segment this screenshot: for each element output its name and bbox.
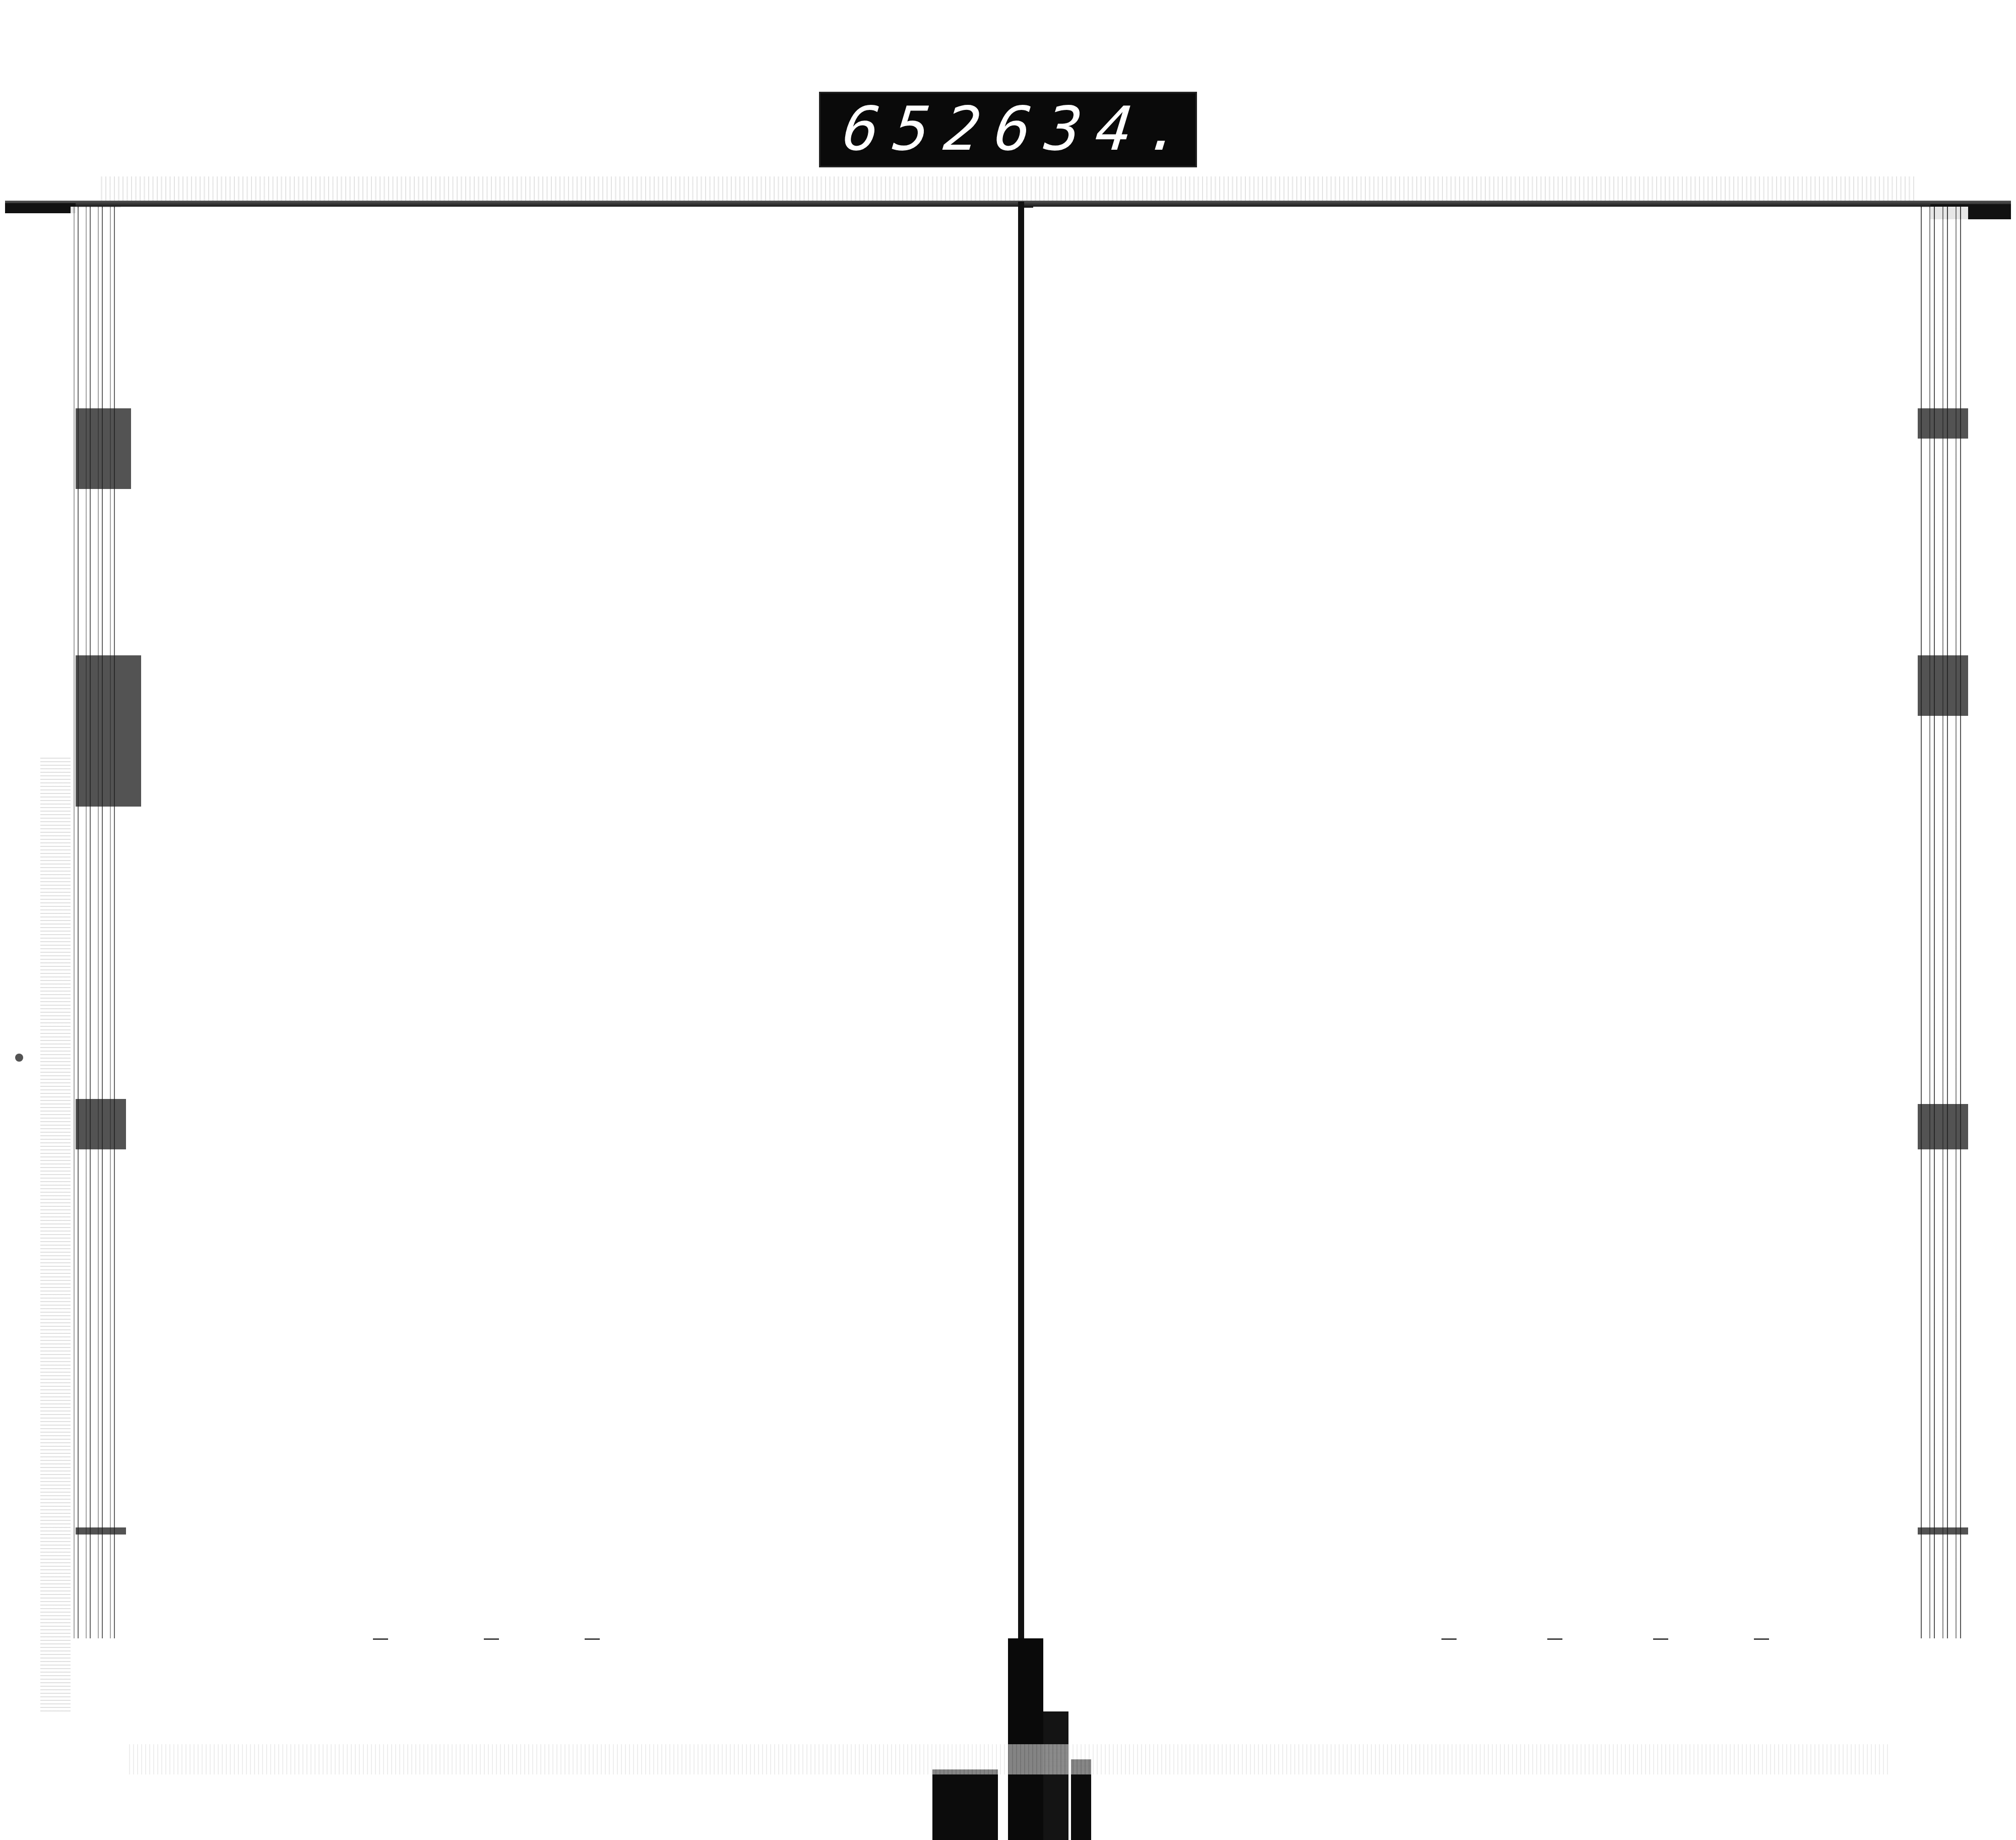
bottom-dash-mark bbox=[1754, 1638, 1769, 1640]
left-scan-shadow bbox=[40, 756, 71, 1714]
right-frame-number: 634. bbox=[991, 99, 1200, 160]
bottom-dash-mark bbox=[1547, 1638, 1562, 1640]
spine-bottom-shadow bbox=[1008, 1638, 1043, 1840]
bottom-dash-mark bbox=[484, 1638, 499, 1640]
top-edge-speckle bbox=[101, 176, 1915, 202]
right-page bbox=[1033, 207, 1920, 1638]
left-edge-mark bbox=[76, 1527, 126, 1535]
spine-bottom-step bbox=[1043, 1711, 1068, 1840]
bottom-dash-mark bbox=[1653, 1638, 1668, 1640]
left-page bbox=[121, 207, 1018, 1638]
bottom-dash-mark bbox=[1441, 1638, 1457, 1640]
right-edge-smudge bbox=[1918, 408, 1968, 439]
left-edge-smudge bbox=[76, 1099, 126, 1149]
bottom-dash-mark bbox=[373, 1638, 388, 1640]
frame-counter-label: 652 634. bbox=[819, 92, 1197, 167]
right-edge-smudge bbox=[1918, 655, 1968, 716]
left-edge-smudge bbox=[76, 655, 141, 807]
left-frame-number: 652 bbox=[840, 99, 998, 160]
scanned-book-spread: 652 634. bbox=[0, 0, 2016, 1840]
scan-dot bbox=[15, 1054, 23, 1062]
right-edge-mark bbox=[1918, 1527, 1968, 1535]
bottom-dash-mark bbox=[585, 1638, 600, 1640]
book-spine-gutter bbox=[1018, 202, 1024, 1643]
right-edge-smudge bbox=[1918, 1104, 1968, 1149]
bottom-scan-shadow bbox=[126, 1744, 1890, 1774]
left-edge-smudge bbox=[76, 408, 131, 489]
bottom-left-clip-shadow bbox=[932, 1769, 998, 1840]
book-top-edge-left-cover bbox=[5, 203, 76, 213]
